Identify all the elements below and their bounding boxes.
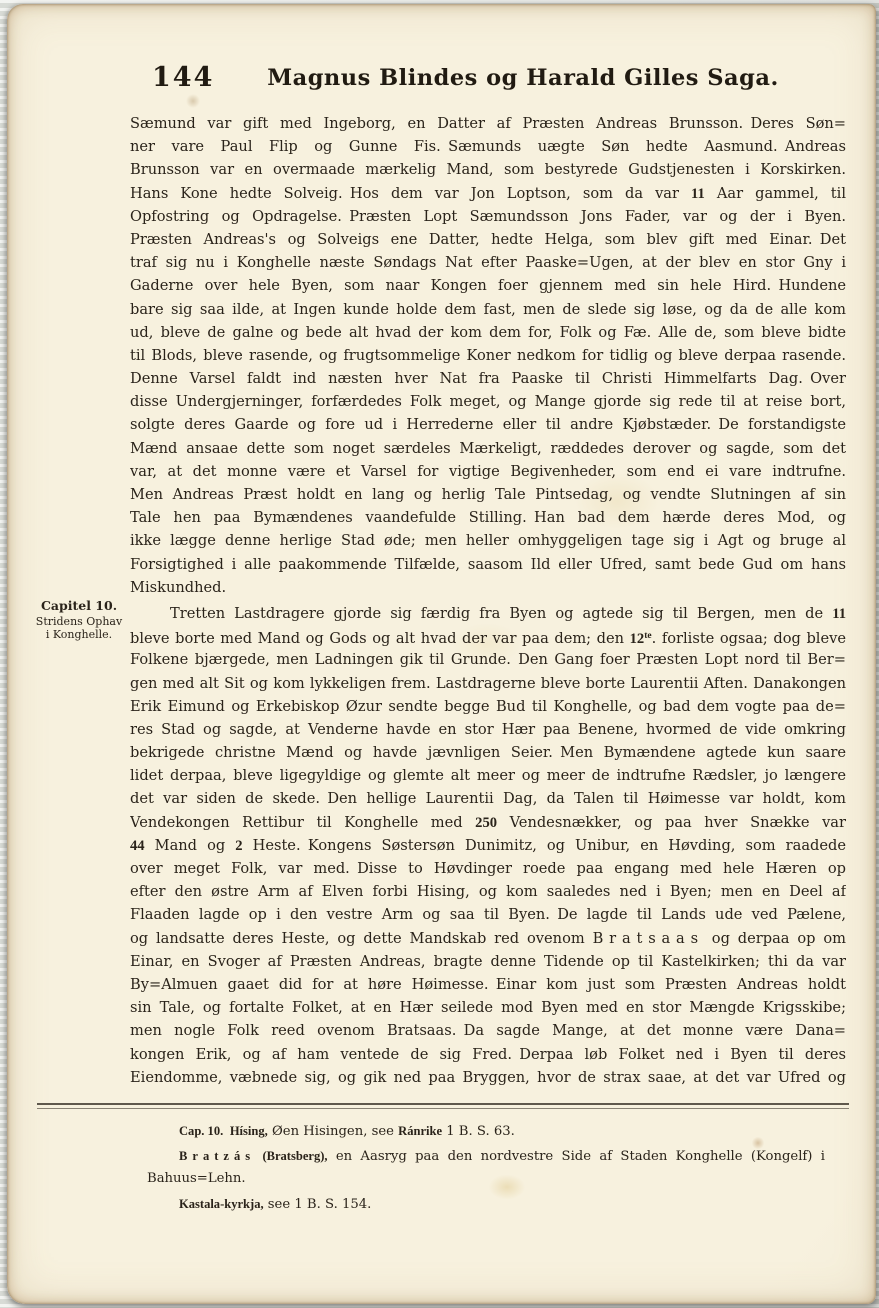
text-line: ud, bleve de galne og bede alt hvad der … xyxy=(130,321,846,344)
margin-note-subtitle-1: Stridens Ophav xyxy=(29,615,129,628)
text-line: bleve borte med Mand og Gods og alt hvad… xyxy=(130,625,846,648)
text-line: Miskundhed. xyxy=(130,576,846,599)
scanner-background: 144 Magnus Blindes og Harald Gilles Saga… xyxy=(0,0,879,1308)
page-header-title: Magnus Blindes og Harald Gilles Saga. xyxy=(200,65,846,91)
text-line: Cap. 10. Hísing, Øen Hisingen, see Ránri… xyxy=(147,1120,825,1142)
text-line: Folkene bjærgede, men Ladningen gik til … xyxy=(130,648,846,671)
text-line: Sæmund var gift med Ingeborg, en Datter … xyxy=(130,112,846,135)
paragraph: Tretten Lastdragere gjorde sig færdig fr… xyxy=(130,602,846,1089)
text-line: Erik Eimund og Erkebiskop Øzur sendte be… xyxy=(130,695,846,718)
text-line: Eiendomme, væbnede sig, og gik ned paa B… xyxy=(130,1066,846,1089)
chapter-margin-note: Capitel 10. Stridens Ophav i Konghelle. xyxy=(29,598,129,641)
text-line: Gaderne over hele Byen, som naar Kongen … xyxy=(130,274,846,297)
text-line: 44 Mand og 2 Heste. Kongens Søstersøn Du… xyxy=(130,834,846,857)
text-line: ikke lægge denne herlige Stad øde; men h… xyxy=(130,529,846,552)
text-line: Brunsson var en overmaade mærkelig Mand,… xyxy=(130,158,846,181)
text-line: Flaaden lagde op i den vestre Arm og saa… xyxy=(130,903,846,926)
text-line: og landsatte deres Heste, og dette Mands… xyxy=(130,927,846,950)
text-line: men nogle Folk reed ovenom Bratsaas. Da … xyxy=(130,1019,846,1042)
text-line: Men Andreas Præst holdt en lang og herli… xyxy=(130,483,846,506)
footnote-separator xyxy=(37,1103,849,1109)
text-line: solgte deres Gaarde og fore ud i Herrede… xyxy=(130,413,846,436)
text-line: Kastala-kyrkja, see 1 B. S. 154. xyxy=(147,1193,825,1215)
margin-note-chapter: Capitel 10. xyxy=(29,598,129,613)
text-line: disse Undergjerninger, forfærdedes Folk … xyxy=(130,390,846,413)
text-line: Bratzás (Bratsberg), en Aasryg paa den n… xyxy=(147,1145,825,1167)
text-line: Præsten Andreas's og Solveigs ene Datter… xyxy=(130,228,846,251)
text-line: lidet derpaa, bleve ligegyldige og glemt… xyxy=(130,764,846,787)
text-line: sin Tale, og fortalte Folket, at en Hær … xyxy=(130,996,846,1019)
text-line: Hans Kone hedte Solveig. Hos dem var Jon… xyxy=(130,182,846,205)
footnotes: Cap. 10. Hísing, Øen Hisingen, see Ránri… xyxy=(147,1120,825,1216)
text-line: kongen Erik, og af ham ventede de sig Fr… xyxy=(130,1043,846,1066)
text-line: Tretten Lastdragere gjorde sig færdig fr… xyxy=(130,602,846,625)
text-line: traf sig nu i Konghelle næste Søndags Na… xyxy=(130,251,846,274)
margin-note-subtitle-2: i Konghelle. xyxy=(29,628,129,641)
text-line: var, at det monne være et Varsel for vig… xyxy=(130,460,846,483)
paragraph: Cap. 10. Hísing, Øen Hisingen, see Ránri… xyxy=(147,1120,825,1142)
book-page: 144 Magnus Blindes og Harald Gilles Saga… xyxy=(7,4,876,1304)
paragraph: Bratzás (Bratsberg), en Aasryg paa den n… xyxy=(147,1145,825,1190)
page-header: 144 Magnus Blindes og Harald Gilles Saga… xyxy=(130,60,846,102)
text-line: Forsigtighed i alle paakommende Tilfælde… xyxy=(130,553,846,576)
text-line: bekrigede christne Mænd og havde jævnlig… xyxy=(130,741,846,764)
text-line: Einar, en Svoger af Præsten Andreas, bra… xyxy=(130,950,846,973)
text-line: bare sig saa ilde, at Ingen kunde holde … xyxy=(130,298,846,321)
paragraph: Sæmund var gift med Ingeborg, en Datter … xyxy=(130,112,846,599)
text-line: Bahuus=Lehn. xyxy=(147,1168,825,1190)
text-line: ner vare Paul Flip og Gunne Fis. Sæmunds… xyxy=(130,135,846,158)
body-text: Sæmund var gift med Ingeborg, en Datter … xyxy=(130,112,846,1089)
text-line: Opfostring og Opdragelse. Præsten Lopt S… xyxy=(130,205,846,228)
text-line: det var siden de skede. Den hellige Laur… xyxy=(130,787,846,810)
text-line: gen med alt Sit og kom lykkeligen frem. … xyxy=(130,672,846,695)
text-line: By=Almuen gaaet did for at høre Høimesse… xyxy=(130,973,846,996)
text-line: Vendekongen Rettibur til Konghelle med 2… xyxy=(130,811,846,834)
text-line: over meget Folk, var med. Disse to Høvdi… xyxy=(130,857,846,880)
text-line: Denne Varsel faldt ind næsten hver Nat f… xyxy=(130,367,846,390)
text-line: res Stad og sagde, at Venderne havde en … xyxy=(130,718,846,741)
paragraph: Kastala-kyrkja, see 1 B. S. 154. xyxy=(147,1193,825,1215)
text-line: til Blods, bleve rasende, og frugtsommel… xyxy=(130,344,846,367)
text-line: efter den østre Arm af Elven forbi Hisin… xyxy=(130,880,846,903)
text-line: Mænd ansaae dette som noget særdeles Mær… xyxy=(130,437,846,460)
text-line: Tale hen paa Bymændenes vaandefulde Stil… xyxy=(130,506,846,529)
